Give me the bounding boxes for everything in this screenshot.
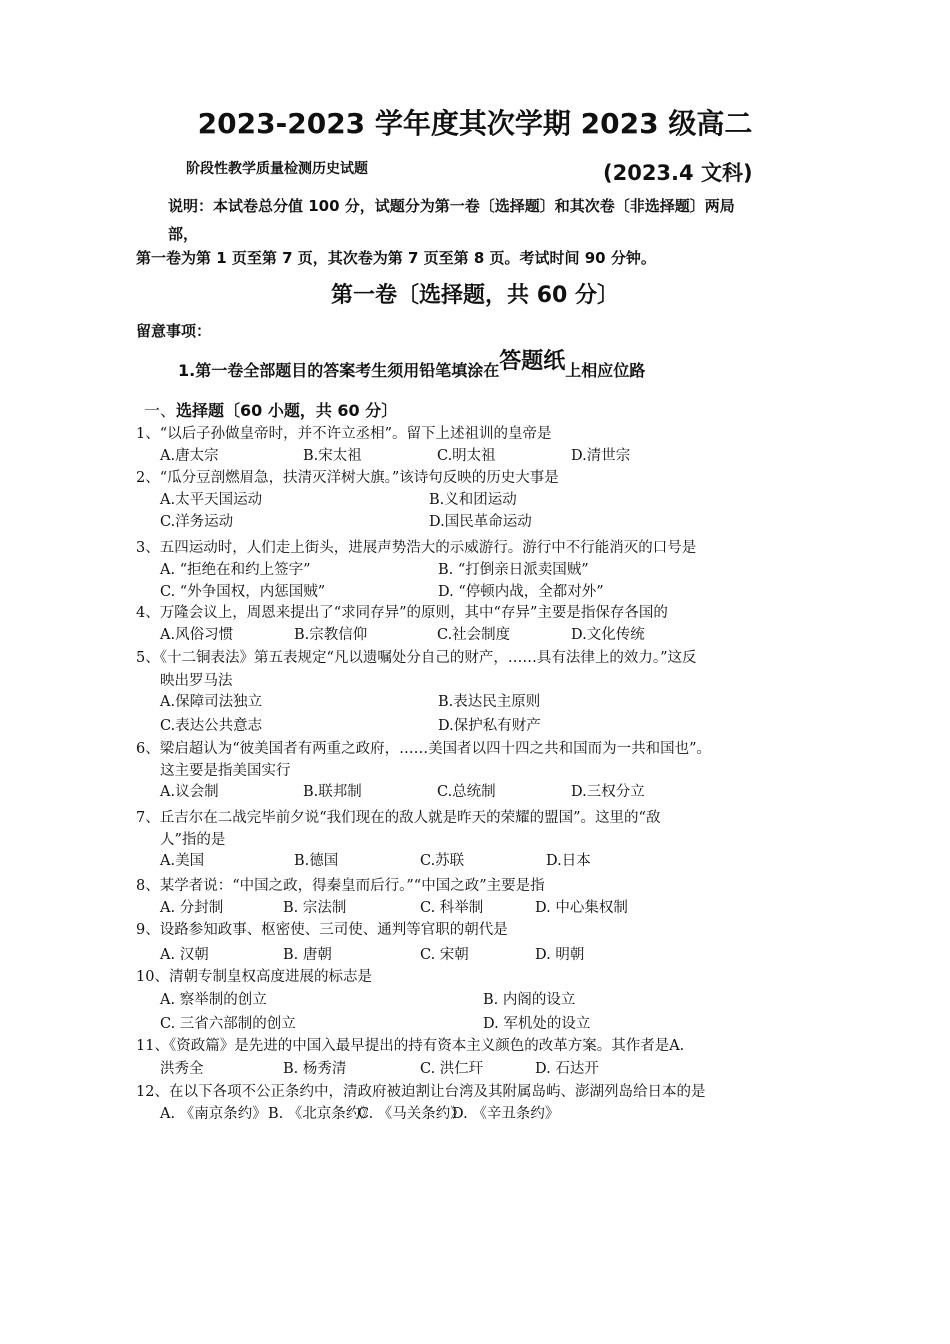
- answer-option: D. “停顿内战，全都对外”: [438, 580, 604, 601]
- answer-option: C. 科举制: [420, 896, 483, 917]
- answer-option: A.唐太宗: [160, 444, 219, 465]
- notice-item-emphasis: 答题纸: [499, 349, 565, 374]
- answer-option: D. 军机处的设立: [483, 1012, 590, 1033]
- answer-option: C. 《马关条约》: [358, 1102, 465, 1123]
- question-stem: 这主要是指美国实行: [160, 759, 291, 780]
- answer-option: C. 三省六部制的创立: [160, 1012, 296, 1033]
- question-stem: 10、清朝专制皇权高度进展的标志是: [136, 965, 372, 986]
- question-stem: 5、《十二铜表法》第五表规定“凡以遗嘱处分自己的财产，……具有法律上的效力。”这…: [136, 646, 697, 667]
- part-title-text: 选择题〔60 小题，共 60 分〕: [176, 401, 397, 420]
- answer-option: C.社会制度: [437, 623, 510, 644]
- answer-option: B. 唐朝: [283, 943, 332, 964]
- question-stem: 12、在以下各项不公正条约中，清政府被迫割让台湾及其附属岛屿、澎湖列岛给日本的是: [136, 1080, 705, 1101]
- answer-option: D.清世宗: [571, 444, 630, 465]
- description-line-2: 部，: [168, 223, 198, 244]
- answer-option: D.国民革命运动: [429, 510, 532, 531]
- exam-page: 2023-2023 学年度其次学期 2023 级高二 阶段性教学质量检测历史试题…: [0, 0, 950, 1344]
- section-title: 第一卷〔选择题，共 60 分〕: [0, 278, 950, 309]
- question-stem: 7、丘吉尔在二战完毕前夕说“我们现在的敌人就是昨天的荣耀的盟国”。这里的“敌: [136, 806, 660, 827]
- question-stem: 4、万隆会议上，周恩来提出了“求同存异”的原则，其中“存异”主要是指保存各国的: [136, 601, 668, 622]
- answer-option: C.苏联: [420, 849, 464, 870]
- answer-option: C.洋务运动: [160, 510, 233, 531]
- answer-option: D. 中心集权制: [535, 896, 628, 917]
- answer-option: B. 宗法制: [283, 896, 346, 917]
- answer-option: D.文化传统: [571, 623, 645, 644]
- question-stem: 8、某学者说：“中国之政，得秦皇而后行。”“中国之政”主要是指: [136, 874, 545, 895]
- answer-option: A. 察举制的创立: [160, 988, 267, 1009]
- answer-option: C.明太祖: [437, 444, 496, 465]
- exam-title: 2023-2023 学年度其次学期 2023 级高二: [0, 102, 950, 142]
- answer-option: C. 宋朝: [420, 943, 469, 964]
- answer-option: B. “打倒亲日派卖国贼”: [438, 558, 589, 579]
- answer-option: C.总统制: [437, 780, 496, 801]
- question-stem: 9、设路参知政事、枢密使、三司使、通判等官职的朝代是: [136, 918, 508, 939]
- answer-option: D.三权分立: [571, 780, 645, 801]
- description-line-3: 第一卷为第 1 页至第 7 页，其次卷为第 7 页至第 8 页。考试时间 90 …: [136, 247, 656, 268]
- answer-option: D.日本: [546, 849, 591, 870]
- notice-item: 1.第一卷全部题目的答案考生须用铅笔填涂在答题纸上相应位路: [178, 352, 645, 383]
- answer-option: C.表达公共意志: [160, 714, 262, 735]
- question-stem: 1、“以后子孙做皇帝时，并不许立丞相”。留下上述祖训的皇帝是: [136, 422, 552, 443]
- question-stem: 11、《资政篇》是先进的中国入最早提出的持有资本主义颜色的改革方案。其作者是A.: [136, 1034, 684, 1055]
- answer-option: B. 杨秀清: [283, 1057, 346, 1078]
- answer-option: A.议会制: [160, 780, 219, 801]
- answer-option: D.保护私有财产: [438, 714, 541, 735]
- answer-option: B.联邦制: [303, 780, 362, 801]
- question-stem: 6、梁启超认为“彼美国者有两重之政府，……美国者以四十四之共和国而为一共和国也”…: [136, 737, 711, 758]
- answer-option: D. 《辛丑条约》: [452, 1102, 559, 1123]
- notice-item-prefix: 1.第一卷全部题目的答案考生须用铅笔填涂在: [178, 361, 499, 380]
- answer-option: C. 洪仁玕: [420, 1057, 483, 1078]
- question-stem: 人”指的是: [160, 828, 225, 849]
- notice-item-suffix: 上相应位路: [565, 361, 645, 380]
- answer-option: A.太平天国运动: [160, 488, 262, 509]
- answer-option: C. “外争国权，内惩国贼”: [160, 580, 325, 601]
- description-line-1: 说明：本试卷总分值 100 分，试题分为第一卷〔选择题〕和其次卷〔非选择题〕两局: [168, 195, 735, 216]
- answer-option: A. “拒绝在和约上签字”: [160, 558, 311, 579]
- answer-option: B.宗教信仰: [294, 623, 367, 644]
- answer-option: A.风俗习惯: [160, 623, 233, 644]
- answer-option: B. 内阁的设立: [483, 988, 575, 1009]
- answer-option: A.美国: [160, 849, 204, 870]
- answer-option: D. 明朝: [535, 943, 584, 964]
- answer-option: B.宋太祖: [303, 444, 362, 465]
- answer-option: B.义和团运动: [429, 488, 517, 509]
- part-lead: 一、: [144, 401, 176, 420]
- answer-option: B.表达民主原则: [438, 690, 540, 711]
- answer-option: A. 分封制: [160, 896, 223, 917]
- question-stem: 2、“瓜分豆剖燃眉急，扶清灭洋树大旗。”该诗句反映的历史大事是: [136, 466, 559, 487]
- question-stem: 映出罗马法: [160, 669, 233, 690]
- answer-option: A. 汉朝: [160, 943, 209, 964]
- answer-option: D. 石达开: [535, 1057, 599, 1078]
- notice-label: 留意事项：: [136, 320, 211, 341]
- exam-date-track: (2023.4 文科): [603, 157, 753, 187]
- answer-option: A. 《南京条约》: [160, 1102, 267, 1123]
- exam-subtitle: 阶段性教学质量检测历史试题: [186, 158, 368, 178]
- part-title: 一、选择题〔60 小题，共 60 分〕: [144, 398, 397, 421]
- answer-option: B.德国: [294, 849, 338, 870]
- question-stem: 3、五四运动时，人们走上街头，进展声势浩大的示威游行。游行中不行能消灭的口号是: [136, 536, 696, 557]
- answer-option: 洪秀全: [160, 1057, 204, 1078]
- answer-option: A.保障司法独立: [160, 690, 262, 711]
